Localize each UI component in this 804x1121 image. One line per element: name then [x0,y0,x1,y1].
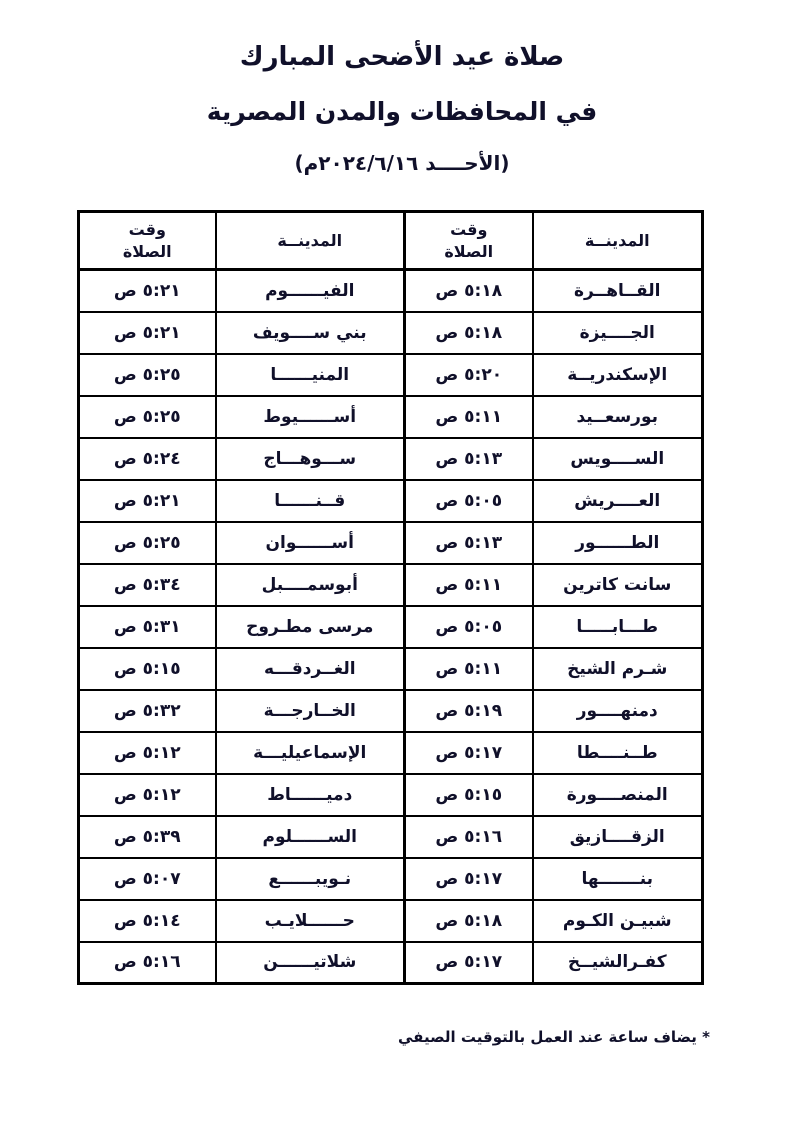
city-cell: ســـوهـــاج [216,438,405,480]
time-cell: ٥:٣٢ ص [79,690,216,732]
document-subtitle: في المحافظات والمدن المصرية [0,99,804,124]
city-cell: شلاتيــــــن [216,942,405,984]
footnote-text: * يضاف ساعة عند العمل بالتوقيت الصيفي [398,1028,710,1046]
city-cell: نـويبــــــع [216,858,405,900]
table-row: طــنــــطا ٥:١٧ ص الإسماعيليـــة ٥:١٢ ص [79,732,703,774]
time-cell: ٥:١٧ ص [405,858,533,900]
city-cell: أســــــيوط [216,396,405,438]
table-row: شـرم الشيخ ٥:١١ ص الغــردقـــه ٥:١٥ ص [79,648,703,690]
document-page: صلاة عيد الأضحى المبارك في المحافظات وال… [0,0,804,1121]
table-row: الطــــــور ٥:١٣ ص أســــــوان ٥:٢٥ ص [79,522,703,564]
header-time-right-word2: الصلاة [410,241,528,263]
city-cell: شبيـن الكـوم [533,900,703,942]
city-cell: أبوسمــــبل [216,564,405,606]
document-title: صلاة عيد الأضحى المبارك [0,44,804,70]
time-cell: ٥:١٣ ص [405,522,533,564]
city-cell: أســــــوان [216,522,405,564]
time-cell: ٥:١١ ص [405,396,533,438]
city-cell: طـــابـــــا [533,606,703,648]
time-cell: ٥:١٣ ص [405,438,533,480]
city-cell: القــاهــرة [533,270,703,312]
city-cell: دميــــــاط [216,774,405,816]
city-cell: قــنــــــا [216,480,405,522]
table-row: كفـرالشيــخ ٥:١٧ ص شلاتيــــــن ٥:١٦ ص [79,942,703,984]
time-cell: ٥:١٤ ص [79,900,216,942]
table-row: الجــــيزة ٥:١٨ ص بني ســــويف ٥:٢١ ص [79,312,703,354]
time-cell: ٥:٢٥ ص [79,522,216,564]
table-row: طـــابـــــا ٥:٠٥ ص مرسى مطـروح ٥:٣١ ص [79,606,703,648]
time-cell: ٥:٠٧ ص [79,858,216,900]
table-row: القــاهــرة ٥:١٨ ص الفيــــــوم ٥:٢١ ص [79,270,703,312]
city-cell: شـرم الشيخ [533,648,703,690]
table-row: دمنهــــور ٥:١٩ ص الخــارجـــة ٥:٣٢ ص [79,690,703,732]
time-cell: ٥:١٨ ص [405,312,533,354]
time-cell: ٥:١٥ ص [405,774,533,816]
header-time-left-word1: وقت [84,219,211,241]
time-cell: ٥:١٢ ص [79,732,216,774]
time-cell: ٥:١٨ ص [405,900,533,942]
header-time-left: وقت الصلاة [79,212,216,270]
header-time-right: وقت الصلاة [405,212,533,270]
city-cell: الطــــــور [533,522,703,564]
table-row: بنـــــــها ٥:١٧ ص نـويبــــــع ٥:٠٧ ص [79,858,703,900]
header-city-right-label: المدينــة [538,230,698,252]
time-cell: ٥:٢١ ص [79,480,216,522]
header-city-right: المدينــة [533,212,703,270]
table-row: الإسكندريــة ٥:٢٠ ص المنيــــــا ٥:٢٥ ص [79,354,703,396]
header-row: المدينــة وقت الصلاة المدينــة وقت الصلا… [79,212,703,270]
table-row: الســــويس ٥:١٣ ص ســـوهـــاج ٥:٢٤ ص [79,438,703,480]
city-cell: الإسكندريــة [533,354,703,396]
city-cell: المنيــــــا [216,354,405,396]
city-cell: دمنهــــور [533,690,703,732]
time-cell: ٥:٠٥ ص [405,606,533,648]
city-cell: مرسى مطـروح [216,606,405,648]
title-block: صلاة عيد الأضحى المبارك في المحافظات وال… [0,44,804,173]
time-cell: ٥:١١ ص [405,564,533,606]
city-cell: العــــريش [533,480,703,522]
city-cell: الخــارجـــة [216,690,405,732]
city-cell: كفـرالشيــخ [533,942,703,984]
table-body: القــاهــرة ٥:١٨ ص الفيــــــوم ٥:٢١ ص ا… [79,270,703,984]
city-cell: بورسعــيد [533,396,703,438]
city-cell: الفيــــــوم [216,270,405,312]
city-cell: الســــويس [533,438,703,480]
time-cell: ٥:١٨ ص [405,270,533,312]
time-cell: ٥:١٥ ص [79,648,216,690]
time-cell: ٥:٣٤ ص [79,564,216,606]
city-cell: حــــــلايـب [216,900,405,942]
city-cell: بنـــــــها [533,858,703,900]
time-cell: ٥:٢٤ ص [79,438,216,480]
time-cell: ٥:٢١ ص [79,312,216,354]
time-cell: ٥:١٩ ص [405,690,533,732]
time-cell: ٥:١٦ ص [79,942,216,984]
table-row: سانت كاترين ٥:١١ ص أبوسمــــبل ٥:٣٤ ص [79,564,703,606]
header-city-left: المدينــة [216,212,405,270]
header-time-left-word2: الصلاة [84,241,211,263]
table-row: المنصــــورة ٥:١٥ ص دميــــــاط ٥:١٢ ص [79,774,703,816]
time-cell: ٥:١٢ ص [79,774,216,816]
table-row: بورسعــيد ٥:١١ ص أســــــيوط ٥:٢٥ ص [79,396,703,438]
city-cell: المنصــــورة [533,774,703,816]
document-date: (الأحــــد ٢٠٢٤/٦/١٦م) [0,153,804,173]
time-cell: ٥:٠٥ ص [405,480,533,522]
header-time-right-word1: وقت [410,219,528,241]
city-cell: الجــــيزة [533,312,703,354]
time-cell: ٥:٢٠ ص [405,354,533,396]
prayer-times-table: المدينــة وقت الصلاة المدينــة وقت الصلا… [77,210,704,985]
time-cell: ٥:١٦ ص [405,816,533,858]
city-cell: الســــــلوم [216,816,405,858]
time-cell: ٥:٢٥ ص [79,354,216,396]
city-cell: سانت كاترين [533,564,703,606]
table-row: العــــريش ٥:٠٥ ص قــنــــــا ٥:٢١ ص [79,480,703,522]
city-cell: الغــردقـــه [216,648,405,690]
city-cell: الزقــــازيق [533,816,703,858]
time-cell: ٥:١١ ص [405,648,533,690]
table-header: المدينــة وقت الصلاة المدينــة وقت الصلا… [79,212,703,270]
time-cell: ٥:٣٩ ص [79,816,216,858]
table-row: شبيـن الكـوم ٥:١٨ ص حــــــلايـب ٥:١٤ ص [79,900,703,942]
header-city-left-label: المدينــة [221,230,400,252]
footnote: * يضاف ساعة عند العمل بالتوقيت الصيفي [398,1028,710,1046]
city-cell: الإسماعيليـــة [216,732,405,774]
time-cell: ٥:١٧ ص [405,942,533,984]
table-row: الزقــــازيق ٥:١٦ ص الســــــلوم ٥:٣٩ ص [79,816,703,858]
city-cell: طــنــــطا [533,732,703,774]
city-cell: بني ســــويف [216,312,405,354]
time-cell: ٥:١٧ ص [405,732,533,774]
time-cell: ٥:٣١ ص [79,606,216,648]
time-cell: ٥:٢٥ ص [79,396,216,438]
time-cell: ٥:٢١ ص [79,270,216,312]
